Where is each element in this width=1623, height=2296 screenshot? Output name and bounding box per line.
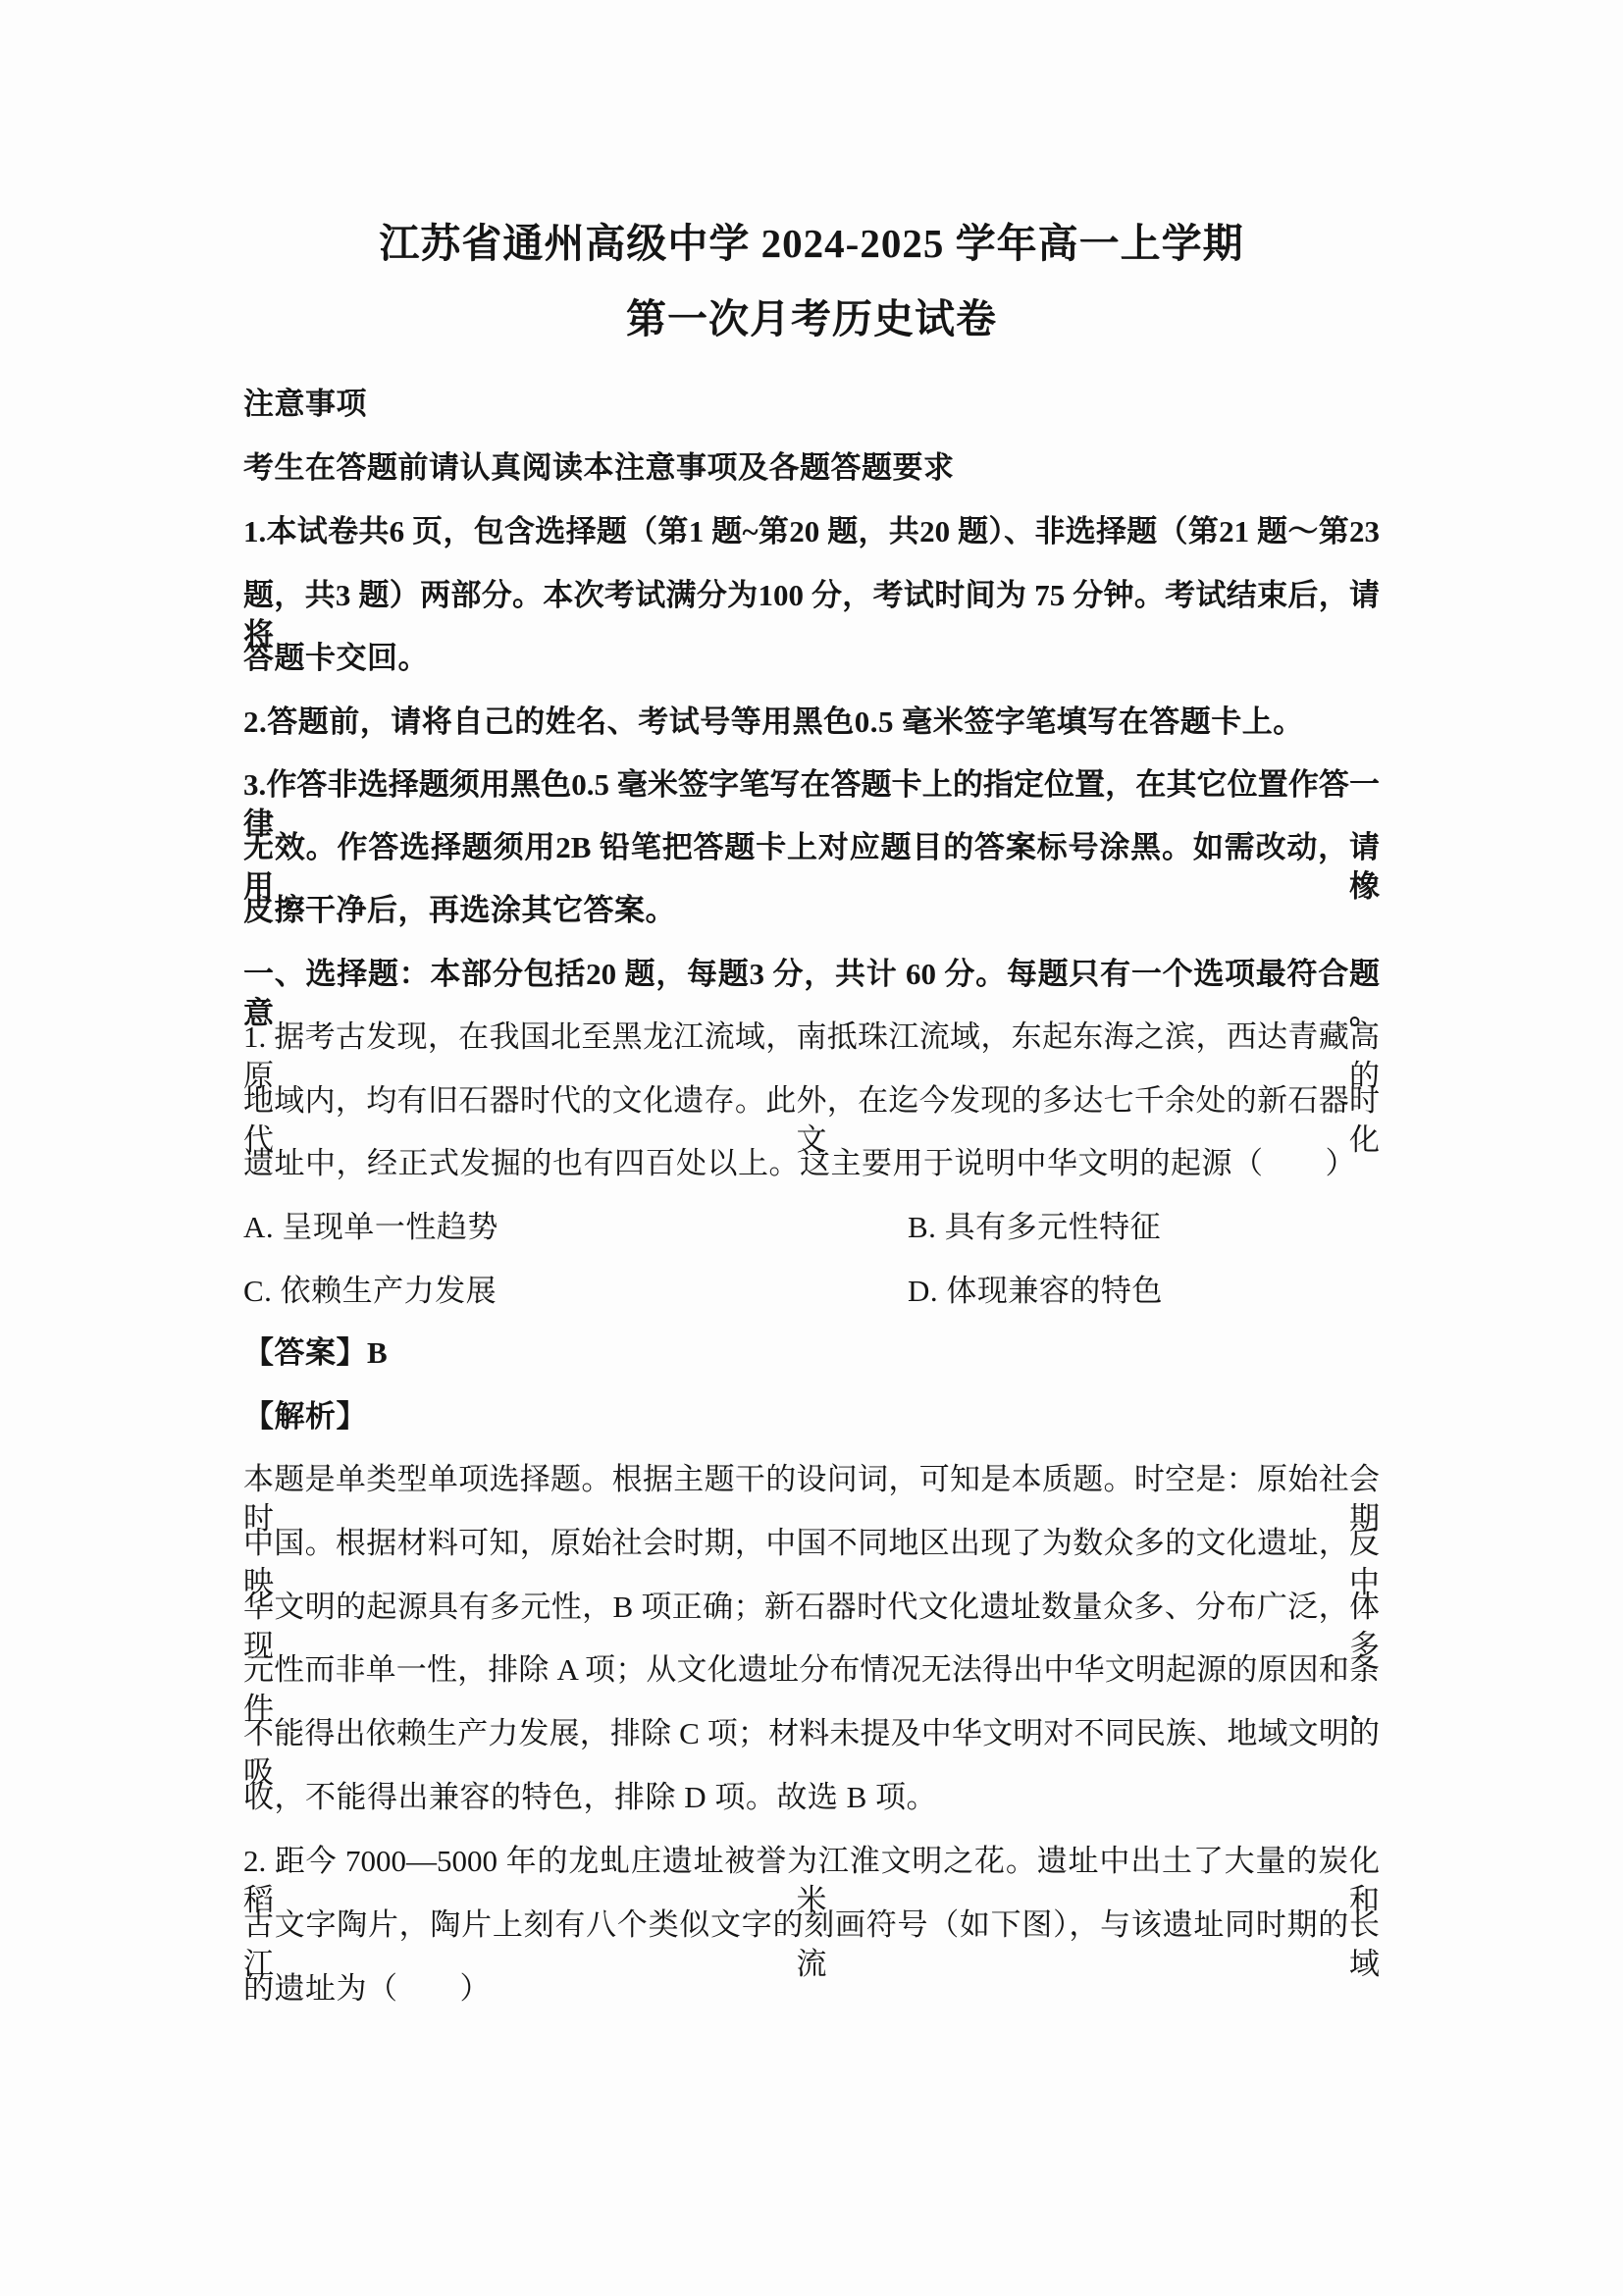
question-1-option-a: A. 呈现单一性趋势 [243, 1208, 498, 1247]
notice-preface: 考生在答题前请认真阅读本注意事项及各题答题要求 [243, 448, 955, 488]
notice-item-1-line-1: 1.本试卷共6 页，包含选择题（第1 题~第20 题，共20 题）、非选择题（第… [243, 512, 1380, 551]
question-1-option-b: B. 具有多元性特征 [908, 1208, 1161, 1247]
paper-title-line-1: 江苏省通州高级中学 2024-2025 学年高一上学期 [0, 220, 1623, 267]
paper-title-line-2: 第一次月考历史试卷 [0, 295, 1623, 342]
question-1-analysis-line-6: 收，不能得出兼容的特色，排除 D 项。故选 B 项。 [243, 1778, 937, 1817]
question-1-option-c: C. 依赖生产力发展 [243, 1272, 497, 1311]
question-1-stem-line-3: 遗址中，经正式发掘的也有四百处以上。这主要用于说明中华文明的起源（ ） [243, 1144, 1356, 1183]
question-2-stem-line-3: 的遗址为（ ） [243, 1969, 491, 2009]
notice-heading: 注意事项 [243, 385, 367, 424]
notice-item-1-line-3: 答题卡交回。 [243, 639, 429, 678]
question-1-analysis-label: 【解析】 [243, 1397, 367, 1436]
notice-item-2: 2.答题前，请将自己的姓名、考试号等用黑色0.5 毫米签字笔填写在答题卡上。 [243, 703, 1304, 742]
exam-paper-page: 江苏省通州高级中学 2024-2025 学年高一上学期 第一次月考历史试卷 注意… [0, 0, 1623, 2296]
question-1-option-d: D. 体现兼容的特色 [908, 1272, 1163, 1311]
question-1-answer: 【答案】B [243, 1333, 388, 1373]
notice-item-3-line-3: 皮擦干净后，再选涂其它答案。 [243, 891, 676, 930]
